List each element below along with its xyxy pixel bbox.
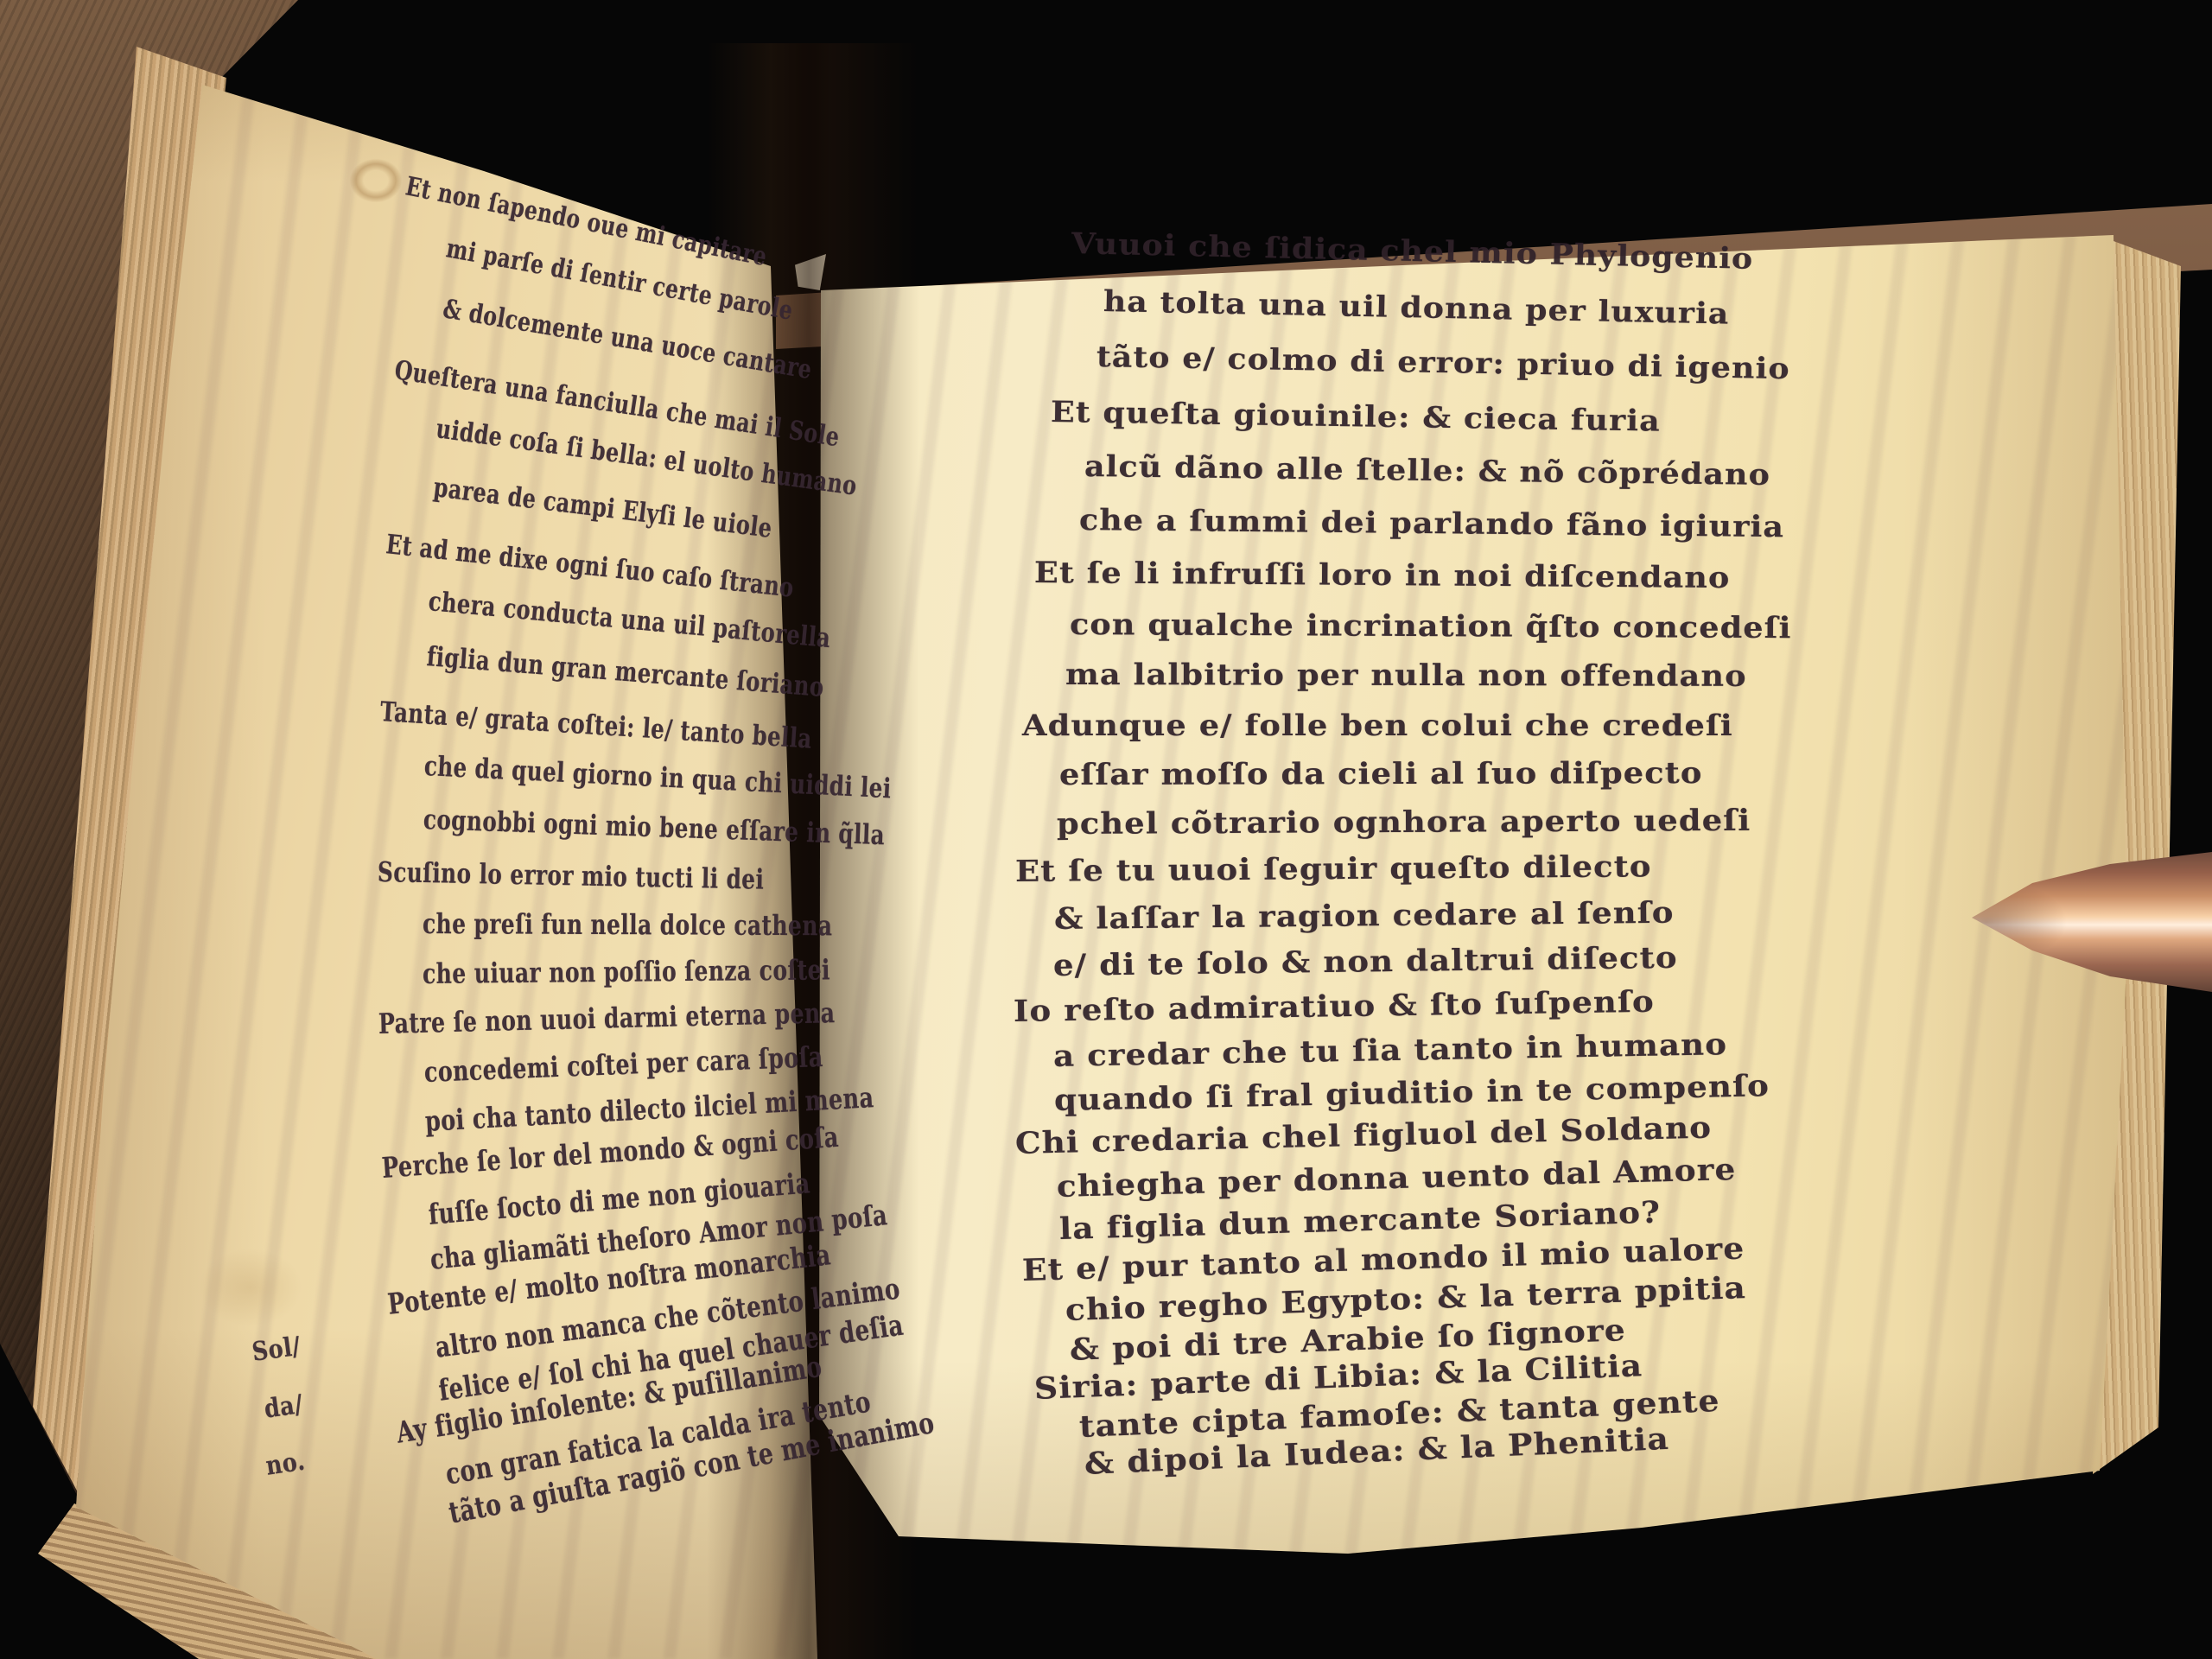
margin-note: Sol/da/no. bbox=[0, 0, 2212, 1659]
margin-note-line: Sol/ bbox=[251, 1332, 302, 1368]
book-photo: Et non ſapendo oue mi capitaremi parſe d… bbox=[0, 0, 2212, 1659]
margin-note-line: da/ bbox=[263, 1389, 305, 1425]
margin-note-line: no. bbox=[264, 1446, 307, 1482]
